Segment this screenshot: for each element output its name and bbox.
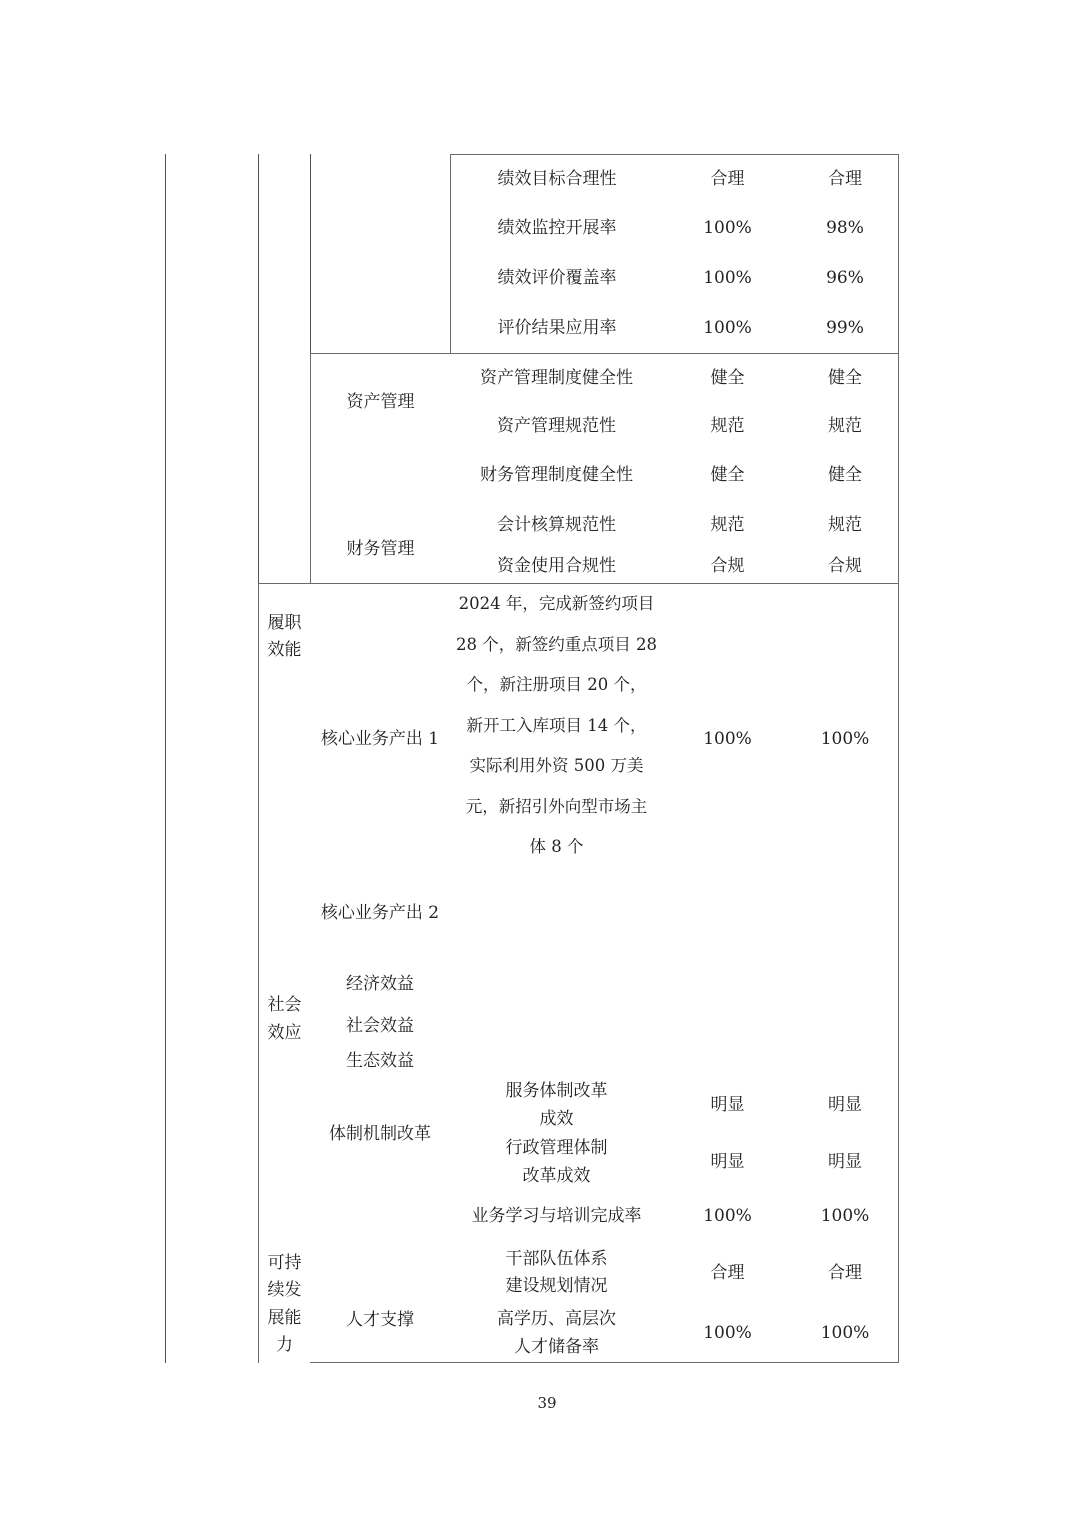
actual-cell: 合理 [792,154,899,205]
ecological-benefit-label: 生态效益 [310,1046,451,1078]
actual-cell: 明显 [792,1134,899,1192]
page-number: 39 [0,1394,1074,1412]
actual-cell: 100% [792,1191,899,1242]
indicator-cell: 高学历、高层次 人才储备率 [450,1305,664,1363]
table-left-border [165,154,166,1363]
actual-cell [792,933,899,963]
indicator-cell [450,1046,664,1078]
actual-cell: 健全 [792,353,899,403]
actual-cell: 合理 [792,1241,899,1306]
target-cell [663,1006,793,1047]
indicator-cell: 财务管理制度健全性 [450,451,664,501]
target-cell [663,962,793,1007]
core-output-1-label: 核心业务产出 1 [310,583,451,895]
target-cell [663,894,793,934]
target-cell: 健全 [663,353,793,403]
indicator-cell: 服务体制改革 成效 [450,1077,664,1135]
indicator-cell: 绩效评价覆盖率 [450,253,664,304]
actual-cell: 明显 [792,1077,899,1135]
indicator-cell: 绩效监控开展率 [450,204,664,254]
blank-label-cell [310,933,451,963]
indicator-cell: 评价结果应用率 [450,303,664,354]
finance-management-label: 财务管理 [310,451,451,584]
target-cell: 规范 [663,500,793,551]
indicator-cell: 资金使用合规性 [450,550,664,584]
actual-cell: 规范 [792,500,899,551]
actual-cell: 健全 [792,451,899,501]
actual-cell: 100% [792,583,899,895]
actual-cell: 100% [792,1305,899,1363]
social-benefit-label: 社会效益 [310,1006,451,1047]
target-cell: 100% [663,1191,793,1242]
sustainability-category-label: 可持 续发 展能 力 [258,1077,311,1363]
reform-label: 体制机制改革 [310,1077,451,1192]
target-cell: 合理 [663,154,793,205]
indicator-cell: 干部队伍体系 建设规划情况 [450,1241,664,1306]
indicator-cell [450,933,664,963]
core-output-2-label: 核心业务产出 2 [310,894,451,934]
actual-cell: 合规 [792,550,899,584]
actual-cell: 96% [792,253,899,304]
target-cell: 合理 [663,1241,793,1306]
indicator-cell [450,1006,664,1047]
target-cell [663,1046,793,1078]
indicator-cell: 业务学习与培训完成率 [450,1191,664,1242]
target-cell: 健全 [663,451,793,501]
actual-cell [792,962,899,1007]
actual-cell [792,1046,899,1078]
actual-cell: 规范 [792,402,899,452]
target-cell: 合规 [663,550,793,584]
actual-cell: 99% [792,303,899,354]
actual-cell [792,894,899,934]
performance-category-label: 履职 效能 [258,583,311,963]
indicator-cell: 资产管理规范性 [450,402,664,452]
target-cell: 100% [663,303,793,354]
indicator-cell: 绩效目标合理性 [450,154,664,205]
social-effect-category-label: 社会 效应 [258,962,311,1078]
talent-support-label: 人才支撑 [310,1191,451,1363]
indicator-cell: 行政管理体制 改革成效 [450,1134,664,1192]
target-cell: 规范 [663,402,793,452]
target-cell: 100% [663,253,793,304]
indicator-cell: 会计核算规范性 [450,500,664,551]
actual-cell [792,1006,899,1047]
core-output-1-indicator: 2024 年，完成新签约项目 28 个，新签约重点项目 28 个，新注册项目 2… [450,583,664,895]
target-cell: 明显 [663,1077,793,1135]
indicator-cell: 资产管理制度健全性 [450,353,664,403]
indicator-cell [450,894,664,934]
target-cell [663,933,793,963]
target-cell: 100% [663,204,793,254]
actual-cell: 98% [792,204,899,254]
target-cell: 100% [663,583,793,895]
target-cell: 明显 [663,1134,793,1192]
asset-management-label: 资产管理 [310,353,451,452]
economic-benefit-label: 经济效益 [310,962,451,1007]
indicator-cell [450,962,664,1007]
target-cell: 100% [663,1305,793,1363]
